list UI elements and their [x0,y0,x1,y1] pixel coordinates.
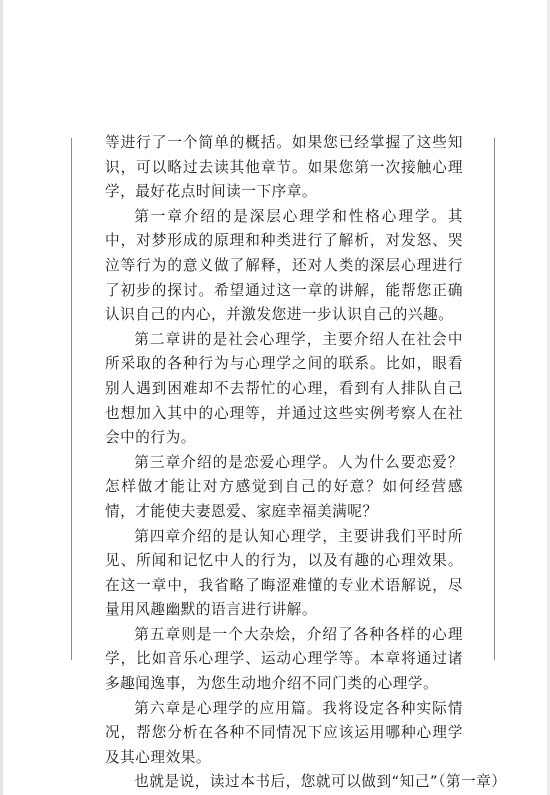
left-margin-rule [71,138,72,660]
paragraph-chapter-2: 第二章讲的是社会心理学，主要介绍人在社会中所采取的各种行为与心理学之间的联系。比… [105,328,463,451]
right-margin-rule [494,138,495,660]
paragraph-chapter-5: 第五章则是一个大杂烩，介绍了各种各样的心理学，比如音乐心理学、运动心理学等。本章… [105,623,463,697]
page-body-text: 等进行了一个简单的概括。如果您已经掌握了这些知识，可以略过去读其他章节。如果您第… [105,131,463,795]
paragraph-summary: 也就是说，读过本书后，您就可以做到“知己”（第一章） [105,770,463,795]
paragraph-chapter-6: 第六章是心理学的应用篇。我将设定各种实际情况，帮您分析在各种不同情况下应该运用哪… [105,697,463,771]
page-edge-left [0,0,3,795]
paragraph-chapter-4: 第四章介绍的是认知心理学，主要讲我们平时所见、所闻和记忆中人的行为，以及有趣的心… [105,525,463,623]
paragraph-chapter-3: 第三章介绍的是恋爱心理学。人为什么要恋爱？怎样做才能让对方感觉到自己的好意？如何… [105,451,463,525]
paragraph-chapter-1: 第一章介绍的是深层心理学和性格心理学。其中，对梦形成的原理和种类进行了解析，对发… [105,205,463,328]
paragraph-intro-continuation: 等进行了一个简单的概括。如果您已经掌握了这些知识，可以略过去读其他章节。如果您第… [105,131,463,205]
